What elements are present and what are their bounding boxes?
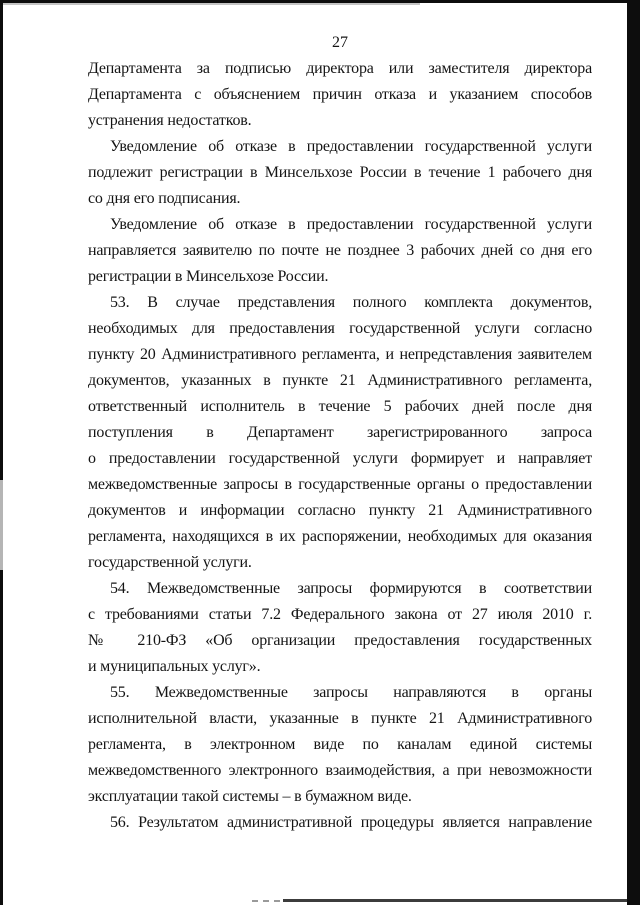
paragraph: Уведомление об отказе в предоставлении г…: [88, 134, 592, 212]
text-line: 54. Межведомственные запросы формируются…: [88, 576, 592, 602]
text-line: 53. В случае представления полного компл…: [88, 290, 592, 316]
text-line: ответственный исполнитель в течение 5 ра…: [88, 394, 592, 420]
text-line: Департамента с объяснением причин отказа…: [88, 82, 592, 108]
text-line: исполнительной власти, указанные в пункт…: [88, 706, 592, 732]
paragraph: Уведомление об отказе в предоставлении г…: [88, 212, 592, 290]
text-line: устранения недостатков.: [88, 108, 592, 134]
document-text: Департамента за подписью директора или з…: [88, 56, 592, 836]
paragraph: 56. Результатом административной процеду…: [88, 810, 592, 836]
scan-border-right: [627, 0, 640, 905]
scan-border-left: [0, 0, 3, 905]
text-line: с требованиями статьи 7.2 Федерального з…: [88, 602, 592, 628]
paragraph: 55. Межведомственные запросы направляютс…: [88, 680, 592, 810]
scan-border-top-shade: [0, 3, 420, 5]
text-line: направляется заявителю по почте не поздн…: [88, 238, 592, 264]
text-line: регламента, в электронном виде по канала…: [88, 732, 592, 758]
text-line: Уведомление об отказе в предоставлении г…: [88, 212, 592, 238]
text-line: Уведомление об отказе в предоставлении г…: [88, 134, 592, 160]
scan-artifact-bottom-line: [283, 899, 627, 902]
text-line: и муниципальных услуг».: [88, 654, 592, 680]
paragraph: Департамента за подписью директора или з…: [88, 56, 592, 134]
text-line: межведомственные запросы в государственн…: [88, 472, 592, 498]
text-line: регламента, находящихся в их распоряжени…: [88, 524, 592, 550]
text-line: необходимых для предоставления государст…: [88, 316, 592, 342]
text-line: документов и информации согласно пункту …: [88, 498, 592, 524]
text-line: регистрации в Минсельхозе России.: [88, 264, 592, 290]
scan-border-left-notch: [0, 480, 3, 570]
paragraph: 53. В случае представления полного компл…: [88, 290, 592, 576]
text-line: поступления в Департамент зарегистрирова…: [88, 420, 592, 446]
page-number: 27: [88, 30, 592, 56]
text-line: о предоставлении государственной услуги …: [88, 446, 592, 472]
text-line: Департамента за подписью директора или з…: [88, 56, 592, 82]
text-line: государственной услуги.: [88, 550, 592, 576]
text-line: пункту 20 Административного регламента, …: [88, 342, 592, 368]
text-line: эксплуатации такой системы – в бумажном …: [88, 784, 592, 810]
text-line: подлежит регистрации в Минсельхозе Росси…: [88, 160, 592, 186]
scanned-document-page: { "colors":{ "text":"#141414", "backgrou…: [0, 0, 640, 905]
text-line: документов, указанных в пункте 21 Админи…: [88, 368, 592, 394]
scan-artifact-bottom-dashes: [252, 900, 283, 902]
text-line: № 210-ФЗ «Об организации предоставления …: [88, 628, 592, 654]
paragraph: 54. Межведомственные запросы формируются…: [88, 576, 592, 680]
text-line: 56. Результатом административной процеду…: [88, 810, 592, 836]
text-line: со дня его подписания.: [88, 186, 592, 212]
text-line: межведомственного электронного взаимодей…: [88, 758, 592, 784]
text-line: 55. Межведомственные запросы направляютс…: [88, 680, 592, 706]
